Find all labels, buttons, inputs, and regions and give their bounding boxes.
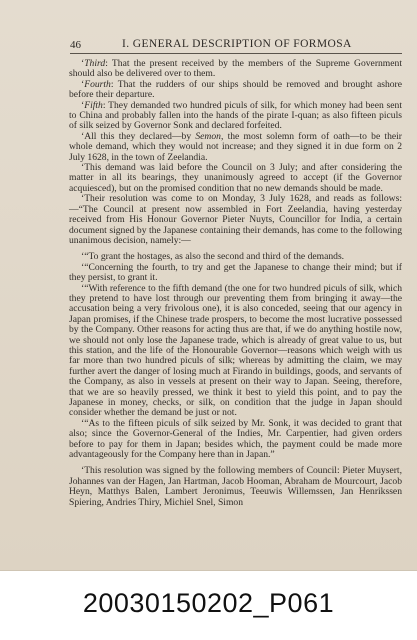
paragraph-council: ‘This demand was laid before the Council… bbox=[69, 163, 402, 194]
paragraph-third: ‘Third: That the present received by the… bbox=[69, 59, 402, 80]
paragraph-fifteen-piculs: ‘“As to the fifteen piculs of silk seize… bbox=[69, 419, 402, 461]
paragraph-fifth: ‘Fifth: They demanded two hundred piculs… bbox=[69, 101, 402, 132]
paragraph-fifth-demand: ‘“With reference to the fifth demand (th… bbox=[69, 284, 402, 419]
paragraph-signatories: ‘This resolution was signed by the follo… bbox=[69, 466, 402, 508]
paragraph-oath: ‘All this they declared—by Semon, the mo… bbox=[69, 132, 402, 163]
paragraph-fourth: ‘Fourth: That the rudders of our ships s… bbox=[69, 80, 402, 101]
scanned-page: 46 I. GENERAL DESCRIPTION OF FORMOSA ‘Th… bbox=[0, 0, 417, 571]
page-number: 46 bbox=[70, 39, 81, 51]
running-title: I. GENERAL DESCRIPTION OF FORMOSA bbox=[122, 38, 352, 50]
paragraph-fourth-demand: ‘“Concerning the fourth, to try and get … bbox=[69, 263, 402, 284]
paragraph-resolution: ‘Their resolution was come to on Monday,… bbox=[69, 194, 402, 246]
body-text: ‘Third: That the present received by the… bbox=[69, 59, 402, 508]
page-header: 46 I. GENERAL DESCRIPTION OF FORMOSA bbox=[70, 39, 402, 54]
image-caption: 20030150202_P061 bbox=[0, 588, 417, 619]
